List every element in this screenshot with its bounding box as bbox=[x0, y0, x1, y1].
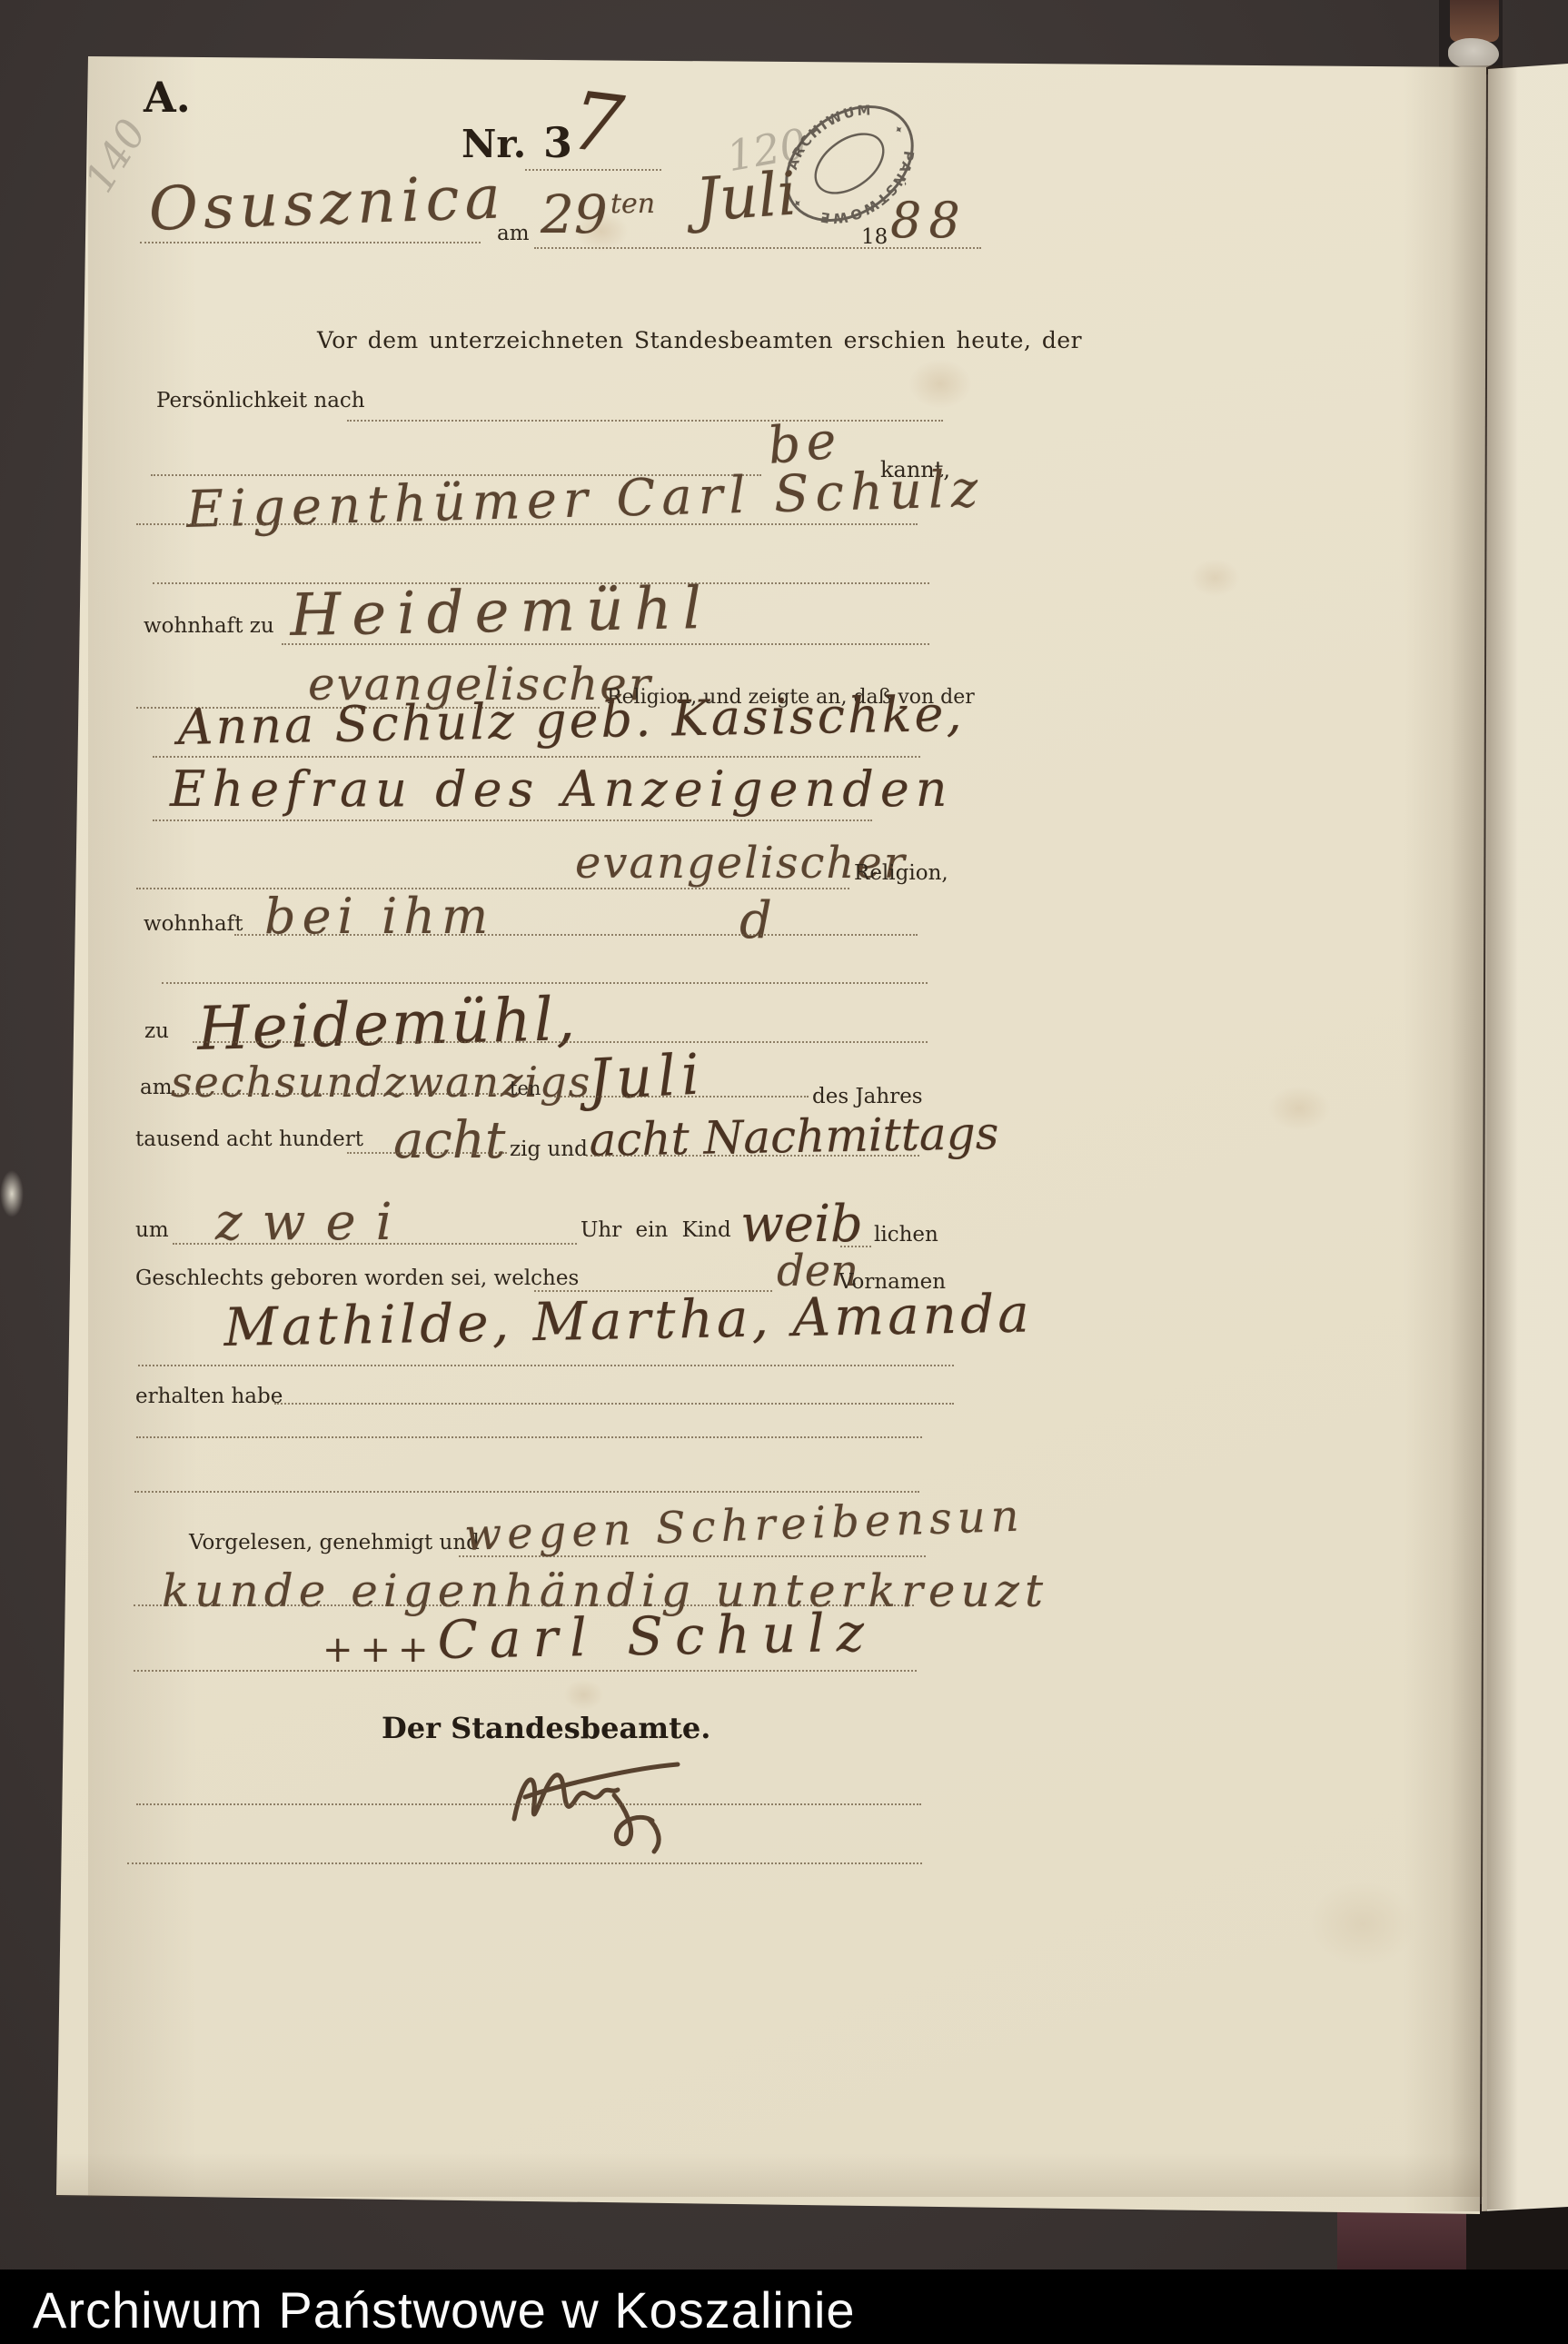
dotted-rule bbox=[554, 1096, 809, 1098]
des-jahres-label: des Jahres bbox=[812, 1087, 923, 1107]
day-entry: 29 bbox=[541, 188, 608, 241]
stamp-star-right-icon: ✦ bbox=[891, 122, 906, 137]
dotted-rule bbox=[534, 247, 981, 249]
sex-entry: weib bbox=[740, 1199, 863, 1250]
personality-label: Persönlichkeit nach bbox=[156, 391, 365, 412]
dotted-rule bbox=[193, 1041, 928, 1043]
lichen-label: lichen bbox=[874, 1225, 938, 1246]
registrar-signature bbox=[498, 1746, 698, 1864]
dotted-rule bbox=[138, 1365, 954, 1366]
intro-line: Vor dem unterzeichneten Standesbeamten e… bbox=[317, 329, 1082, 352]
am2-label: am bbox=[140, 1078, 173, 1098]
dotted-rule bbox=[173, 1243, 577, 1245]
paper-fleck bbox=[0, 1170, 24, 1217]
am-label: am bbox=[497, 223, 530, 244]
dotted-rule bbox=[127, 1862, 922, 1864]
birth-place-entry: Heidemühl, bbox=[196, 989, 578, 1059]
spine-leather-icon bbox=[1337, 2210, 1466, 2271]
wohnhaft-zu-label: wohnhaft zu bbox=[144, 616, 274, 637]
month-entry: Juli bbox=[693, 164, 799, 231]
mother-name-entry: Anna Schulz geb. Kasischke, bbox=[177, 690, 965, 752]
um-label: um bbox=[135, 1220, 169, 1241]
signature-crosses: +++ bbox=[323, 1632, 436, 1668]
headband-silver-icon bbox=[1448, 38, 1499, 69]
zu-label: zu bbox=[144, 1021, 169, 1042]
birth-month-entry: Juli bbox=[587, 1046, 707, 1108]
archival-scan: A. 140 Nr. 3 7 120 ARCHIWUM PAŃSTWOWE ✦ … bbox=[0, 0, 1568, 2344]
dotted-rule bbox=[525, 169, 661, 171]
dotted-rule bbox=[136, 523, 918, 525]
day-suffix-entry: ten bbox=[610, 191, 655, 218]
dotted-rule bbox=[136, 1803, 921, 1805]
decade-entry: acht bbox=[393, 1116, 505, 1167]
headband-top-icon bbox=[1450, 0, 1499, 42]
residence-entry: Heidemühl bbox=[290, 580, 713, 645]
religion2-label: Religion, bbox=[854, 863, 948, 884]
geschlechts-label: Geschlechts geboren worden sei, welches bbox=[135, 1268, 579, 1289]
dotted-rule bbox=[134, 1670, 917, 1672]
hour-entry: zwei bbox=[215, 1197, 412, 1248]
dotted-rule bbox=[274, 1403, 954, 1405]
registrar-label: Der Standesbeamte. bbox=[382, 1713, 710, 1743]
year-entry: 88 bbox=[890, 196, 968, 245]
tausend-label: tausend acht hundert bbox=[135, 1129, 363, 1150]
dotted-rule bbox=[586, 1155, 919, 1157]
signer-name-entry: Carl Schulz bbox=[437, 1606, 877, 1666]
dotted-rule bbox=[459, 1555, 926, 1557]
watermark-bar: Archiwum Państwowe w Koszalinie bbox=[0, 2270, 1568, 2344]
dotted-rule bbox=[136, 1436, 922, 1438]
erhalten-habe-label: erhalten habe bbox=[135, 1386, 283, 1407]
zig-und-label: zig und bbox=[510, 1139, 588, 1160]
vorgelesen-label: Vorgelesen, genehmigt und bbox=[189, 1533, 480, 1554]
dotted-rule bbox=[134, 1491, 919, 1493]
dotted-rule bbox=[140, 242, 481, 243]
mother-desc-entry: Ehefrau des Anzeigenden bbox=[170, 765, 954, 814]
spine-bottom-icon bbox=[1463, 2204, 1568, 2271]
stray-flourish: d bbox=[739, 896, 772, 947]
dotted-rule bbox=[282, 643, 929, 645]
place-entry: Osusznica bbox=[148, 167, 507, 240]
year-printed: 18 bbox=[861, 227, 888, 248]
dotted-rule bbox=[174, 1093, 505, 1095]
binding-slot bbox=[1439, 0, 1503, 74]
dotted-rule bbox=[153, 819, 872, 821]
archive-name: Archiwum Państwowe w Koszalinie bbox=[33, 2280, 856, 2339]
given-names-entry: Mathilde, Martha, Amanda bbox=[223, 1286, 1033, 1354]
ten-label: ten bbox=[510, 1079, 541, 1098]
uhr-ein-kind-label: Uhr ein Kind bbox=[581, 1220, 731, 1241]
dotted-rule bbox=[162, 982, 928, 984]
form-letter: A. bbox=[144, 76, 191, 118]
dotted-rule bbox=[234, 934, 918, 936]
dotted-rule bbox=[347, 420, 943, 422]
nr-handwritten-digit: 7 bbox=[567, 81, 627, 166]
dotted-rule bbox=[347, 1152, 507, 1154]
dotted-rule bbox=[153, 756, 920, 758]
nr-label: Nr. bbox=[461, 125, 526, 164]
wohnhaft-label: wohnhaft bbox=[144, 914, 243, 935]
